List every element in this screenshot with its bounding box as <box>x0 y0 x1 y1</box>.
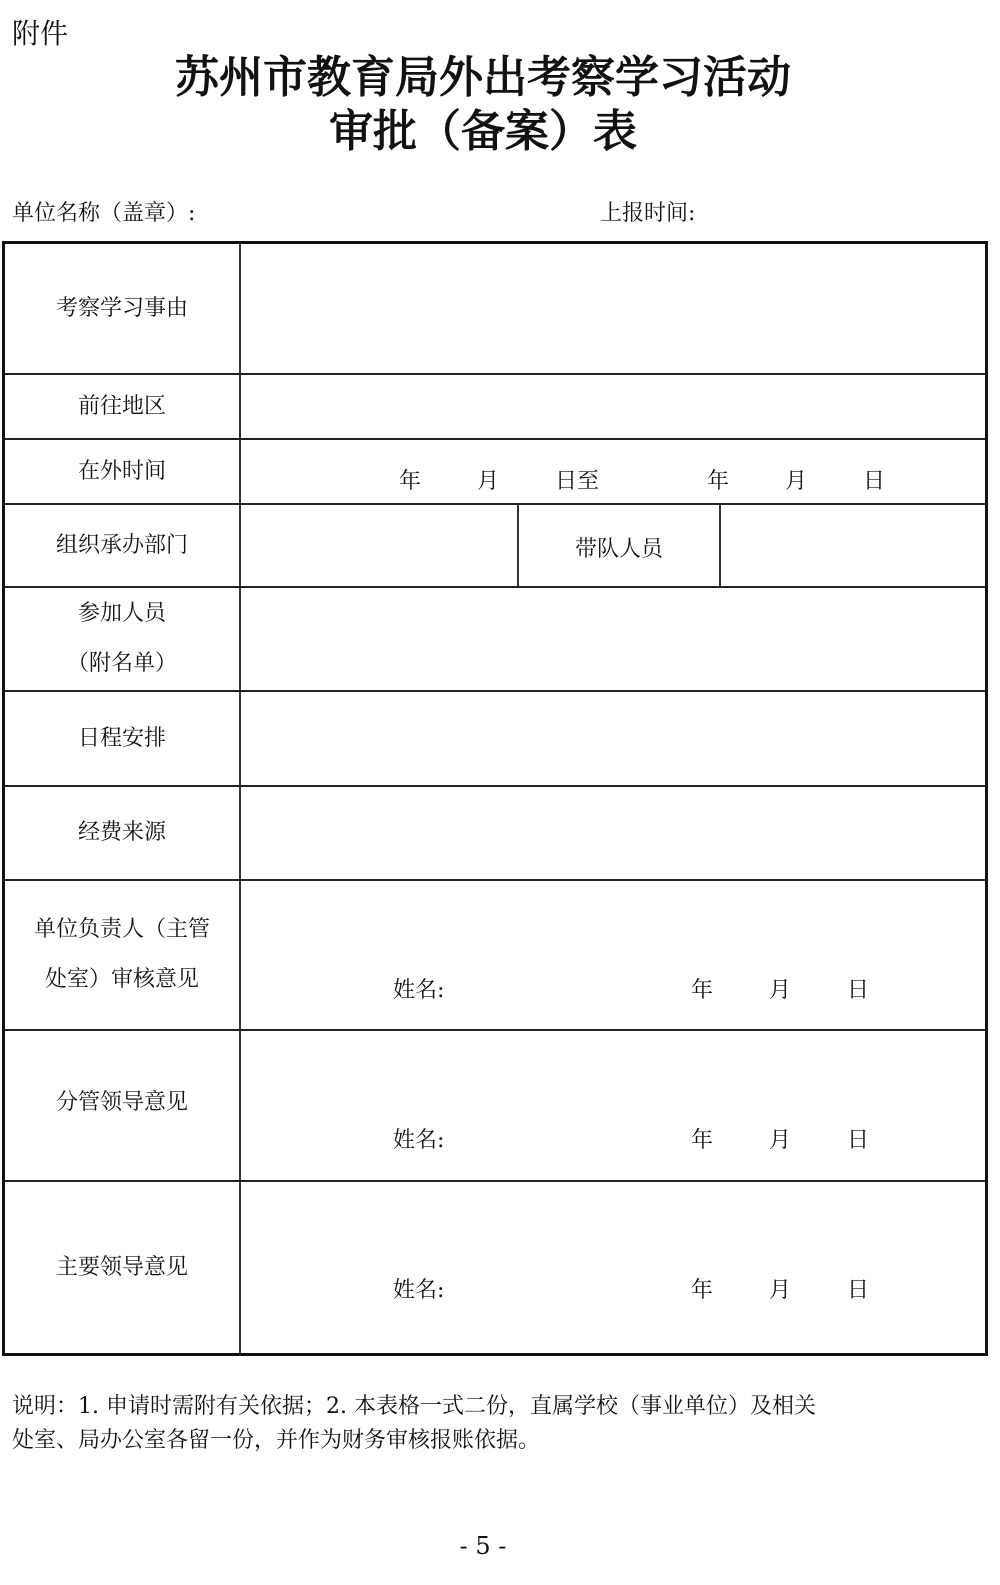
form-instructions: 说明：1. 申请时需附有关依据；2. 本表格一式二份，直属学校（事业单位）及相关… <box>12 1390 972 1458</box>
label-unit-head-opinion: 单位负责人（主管 处室）审核意见 <box>5 881 241 1029</box>
page-number: - 5 - <box>0 1532 966 1560</box>
row-organizer: 组织承办部门 带队人员 <box>5 505 985 588</box>
sign-year-label: 年 <box>691 1273 713 1304</box>
sign-day-label: 日 <box>847 1123 869 1154</box>
team-leader-input[interactable] <box>721 505 985 586</box>
row-schedule: 日程安排 <box>5 692 985 787</box>
participants-input[interactable] <box>241 588 985 690</box>
label-principal-leader-opinion: 主要领导意见 <box>5 1182 241 1353</box>
label-participants-line2: （附名单） <box>67 639 177 689</box>
row-deputy-leader-opinion: 分管领导意见 姓名: 年 月 日 <box>5 1031 985 1182</box>
reason-input[interactable] <box>241 244 985 373</box>
label-team-leader: 带队人员 <box>519 509 719 586</box>
from-year-label: 年 <box>399 464 421 495</box>
from-month-label: 月 <box>477 464 499 495</box>
approval-form-table: 考察学习事由 前往地区 在外时间 年 月 日至 年 月 日 组织承办部门 带队人… <box>2 241 988 1356</box>
destination-input[interactable] <box>241 375 985 438</box>
unit-name-field-label: 单位名称（盖章）: <box>12 196 195 227</box>
label-schedule: 日程安排 <box>5 692 241 785</box>
principal-leader-opinion-input[interactable]: 姓名: 年 月 日 <box>241 1182 985 1353</box>
from-day-label: 日至 <box>555 464 599 495</box>
label-participants: 参加人员 （附名单） <box>5 588 241 690</box>
sign-month-label: 月 <box>769 1273 791 1304</box>
form-title-line2: 审批（备案）表 <box>0 106 966 158</box>
row-principal-leader-opinion: 主要领导意见 姓名: 年 月 日 <box>5 1182 985 1353</box>
row-reason: 考察学习事由 <box>5 244 985 375</box>
sign-year-label: 年 <box>691 1123 713 1154</box>
instructions-line2: 处室、局办公室各留一份，并作为财务审核报账依据。 <box>12 1424 972 1458</box>
sign-month-label: 月 <box>769 973 791 1004</box>
row-participants: 参加人员 （附名单） <box>5 588 985 692</box>
row-funding-source: 经费来源 <box>5 787 985 881</box>
label-time-away: 在外时间 <box>5 440 241 503</box>
to-year-label: 年 <box>707 464 729 495</box>
label-deputy-leader-opinion: 分管领导意见 <box>5 1031 241 1180</box>
row-destination: 前往地区 <box>5 375 985 440</box>
row-unit-head-opinion: 单位负责人（主管 处室）审核意见 姓名: 年 月 日 <box>5 881 985 1031</box>
label-funding-source: 经费来源 <box>5 787 241 879</box>
sign-month-label: 月 <box>769 1123 791 1154</box>
sign-day-label: 日 <box>847 1273 869 1304</box>
report-time-field-label: 上报时间: <box>600 196 695 227</box>
signature-name-label: 姓名: <box>393 973 444 1004</box>
label-unit-head-line1: 单位负责人（主管 <box>34 905 210 955</box>
schedule-input[interactable] <box>241 692 985 785</box>
label-participants-line1: 参加人员 <box>67 589 177 639</box>
instructions-line1: 说明：1. 申请时需附有关依据；2. 本表格一式二份，直属学校（事业单位）及相关 <box>12 1390 972 1424</box>
label-destination: 前往地区 <box>5 375 241 438</box>
attachment-label: 附件 <box>12 12 68 52</box>
unit-head-opinion-input[interactable]: 姓名: 年 月 日 <box>241 881 985 1029</box>
row-time-away: 在外时间 年 月 日至 年 月 日 <box>5 440 985 505</box>
form-title-line1: 苏州市教育局外出考察学习活动 <box>0 52 966 104</box>
time-away-input[interactable]: 年 月 日至 年 月 日 <box>241 440 985 503</box>
organizer-input[interactable] <box>241 505 517 586</box>
signature-name-label: 姓名: <box>393 1273 444 1304</box>
to-day-label: 日 <box>863 464 885 495</box>
funding-source-input[interactable] <box>241 787 985 879</box>
sign-year-label: 年 <box>691 973 713 1004</box>
label-unit-head-line2: 处室）审核意见 <box>34 955 210 1005</box>
sign-day-label: 日 <box>847 973 869 1004</box>
label-reason: 考察学习事由 <box>5 244 241 373</box>
signature-name-label: 姓名: <box>393 1123 444 1154</box>
deputy-leader-opinion-input[interactable]: 姓名: 年 月 日 <box>241 1031 985 1180</box>
to-month-label: 月 <box>785 464 807 495</box>
label-organizer: 组织承办部门 <box>5 505 241 586</box>
